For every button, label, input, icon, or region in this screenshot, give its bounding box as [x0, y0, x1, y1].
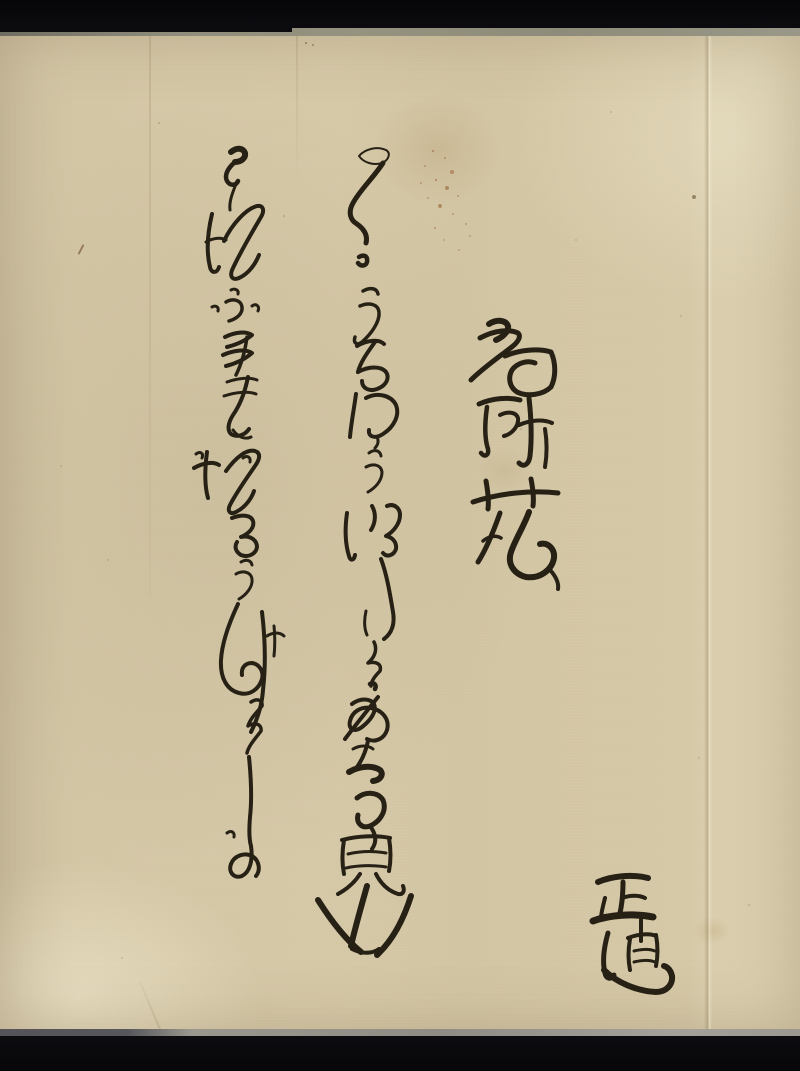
mount-edge-bottom: [0, 1029, 800, 1036]
backdrop-bottom: [0, 1036, 800, 1071]
paper-fiber-mark: [78, 244, 85, 255]
crease-diagonal: [139, 982, 163, 1034]
backdrop-top: [0, 0, 800, 28]
foxing-specks: [0, 36, 2, 38]
scroll-photograph: [0, 0, 800, 1071]
mounting-seam: [704, 36, 712, 1029]
crease-left: [149, 36, 151, 596]
backdrop-top-step: [0, 28, 292, 32]
crease-upper: [296, 36, 298, 186]
paper-sheet: [0, 36, 800, 1029]
